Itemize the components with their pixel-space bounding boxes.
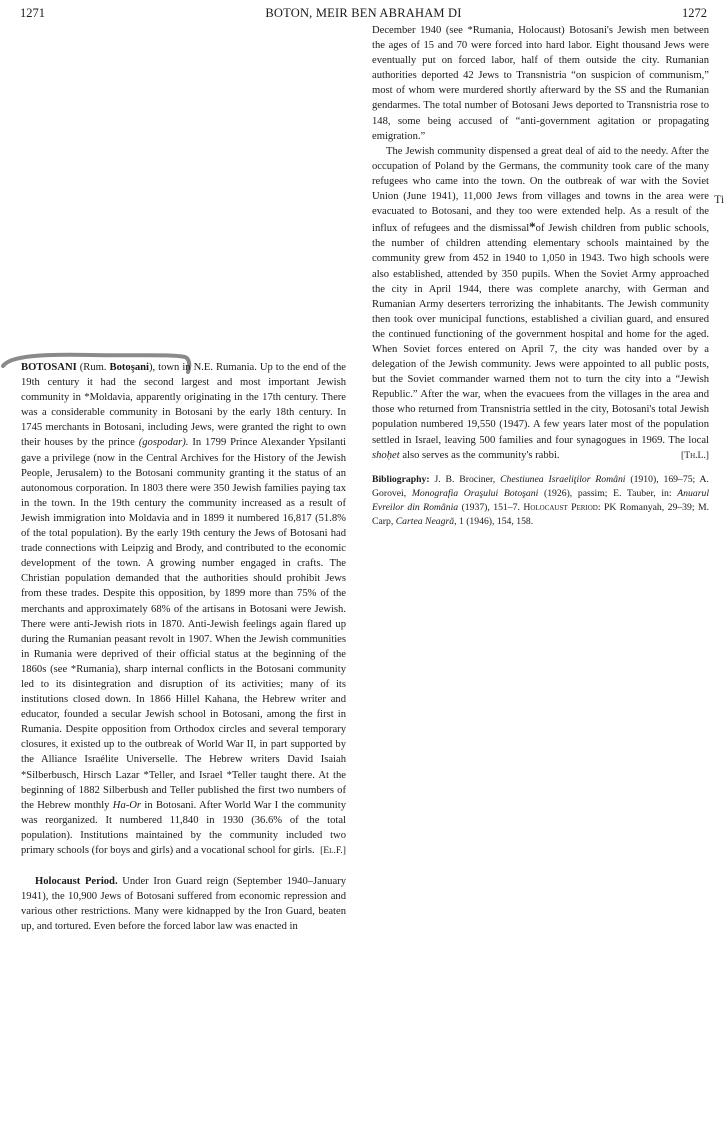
article-paragraph-intro: BOTOSANI (Rum. Botoşani), town in N.E. R…: [21, 360, 346, 858]
running-title: BOTON, MEIR BEN ABRAHAM DI: [0, 6, 727, 21]
margin-annotation: Ti: [714, 192, 724, 207]
bibliography-label: Bibliography:: [372, 474, 430, 485]
headword: BOTOSANI: [21, 362, 77, 373]
holocaust-paragraph: Holocaust Period. Under Iron Guard reign…: [21, 874, 346, 934]
romanian-name: Botoşani: [110, 362, 149, 373]
left-column: BOTOSANI (Rum. Botoşani), town in N.E. R…: [21, 360, 346, 934]
bibliography-section: Holocaust Period: [523, 502, 598, 513]
holocaust-paragraph-continued: December 1940 (see *Rumania, Holocaust) …: [372, 23, 709, 144]
bibliography: Bibliography: J. B. Brociner, Chestiunea…: [372, 473, 709, 530]
page-number-right: 1272: [682, 6, 707, 21]
section-heading: Holocaust Period.: [35, 876, 118, 887]
community-aid-paragraph: The Jewish community dispensed a great d…: [372, 144, 709, 463]
right-column: December 1940 (see *Rumania, Holocaust) …: [372, 23, 709, 530]
